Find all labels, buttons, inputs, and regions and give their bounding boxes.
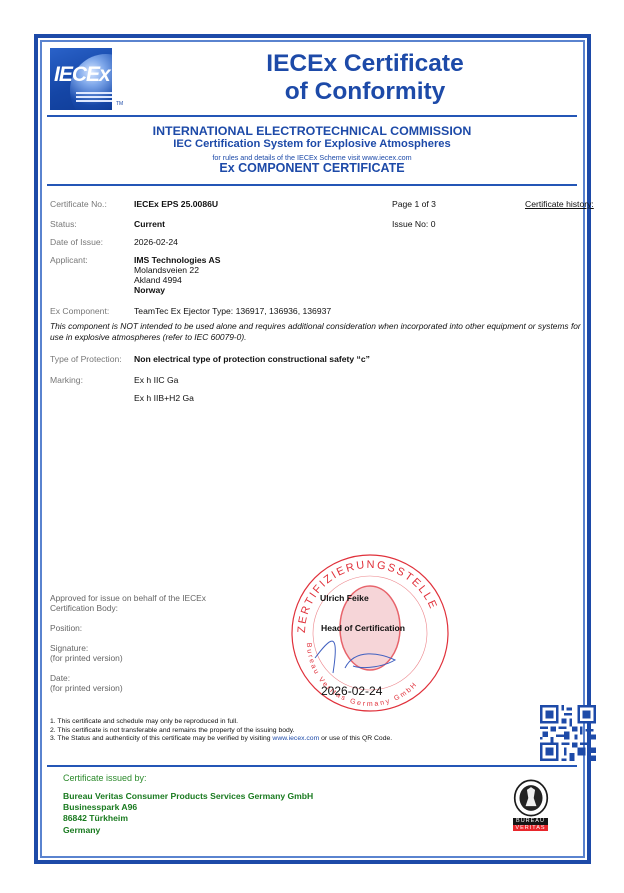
applicant-name: IMS Technologies AS	[134, 255, 220, 265]
iecex-logo: IECEx	[50, 48, 112, 110]
iecex-website-link[interactable]: www.iecex.com	[272, 735, 319, 742]
issuer-country: Germany	[63, 825, 100, 836]
status-value: Current	[134, 219, 165, 229]
trademark: TM	[116, 101, 123, 107]
ex-component-label: Ex Component:	[50, 306, 109, 316]
footnotes: 1. This certificate and schedule may onl…	[50, 718, 392, 744]
marking-2: Ex h IIB+H2 Ga	[134, 393, 194, 403]
date-of-issue-label: Date of Issue:	[50, 237, 103, 247]
page-title: IECEx Certificate of Conformity	[180, 50, 550, 106]
certificate-number-label: Certificate No.:	[50, 199, 107, 209]
ex-component: TeamTec Ex Ejector Type: 136917, 136936,…	[134, 306, 331, 316]
applicant-city: Akland 4994	[134, 275, 220, 285]
applicant-label: Applicant:	[50, 255, 88, 265]
status-label: Status:	[50, 219, 77, 229]
signer-name: Ulrich Feike	[320, 593, 369, 603]
issuer-name: Bureau Veritas Consumer Products Service…	[63, 791, 313, 802]
position-label: Position:	[50, 623, 82, 633]
issuer-city: 86842 Türkheim	[63, 813, 128, 824]
marking-label: Marking:	[50, 375, 83, 385]
date-of-issue: 2026-02-24	[134, 237, 178, 247]
signed-date: 2026-02-24	[321, 684, 382, 698]
marking-1: Ex h IIC Ga	[134, 375, 178, 385]
qr-code-icon[interactable]	[540, 705, 596, 761]
issued-by-label: Certificate issued by:	[63, 773, 147, 783]
issue-number: Issue No: 0	[392, 219, 435, 229]
organisation-name: INTERNATIONAL ELECTROTECHNICAL COMMISSIO…	[47, 124, 577, 138]
bureau-veritas-logo-bottom: VERITAS	[513, 825, 548, 831]
page-indicator: Page 1 of 3	[392, 199, 436, 209]
protection-label: Type of Protection:	[50, 354, 122, 364]
applicant-street: Molandsveien 22	[134, 265, 220, 275]
certificate-number: IECEx EPS 25.0086U	[134, 199, 218, 209]
divider	[47, 115, 577, 117]
bureau-veritas-logo-top: BUREAU	[513, 818, 548, 825]
applicant-address: IMS Technologies AS Molandsveien 22 Akla…	[134, 255, 220, 295]
signer-position: Head of Certification	[321, 623, 405, 633]
certificate-history-link[interactable]: Certificate history:	[525, 199, 594, 209]
approved-label: Approved for issue on behalf of the IECE…	[50, 593, 206, 613]
component-note: This component is NOT intended to be use…	[50, 321, 590, 343]
certification-system: IEC Certification System for Explosive A…	[47, 138, 577, 150]
certificate-type: Ex COMPONENT CERTIFICATE	[47, 161, 577, 175]
bureau-veritas-seal-icon	[512, 778, 550, 818]
date-label: Date: (for printed version)	[50, 673, 123, 693]
signature-label: Signature: (for printed version)	[50, 643, 123, 663]
issuer-street: Businesspark A96	[63, 802, 137, 813]
protection-type: Non electrical type of protection constr…	[134, 354, 370, 364]
applicant-country: Norway	[134, 285, 220, 295]
divider	[47, 184, 577, 186]
logo-text: IECEx	[54, 63, 110, 87]
divider	[47, 765, 577, 767]
